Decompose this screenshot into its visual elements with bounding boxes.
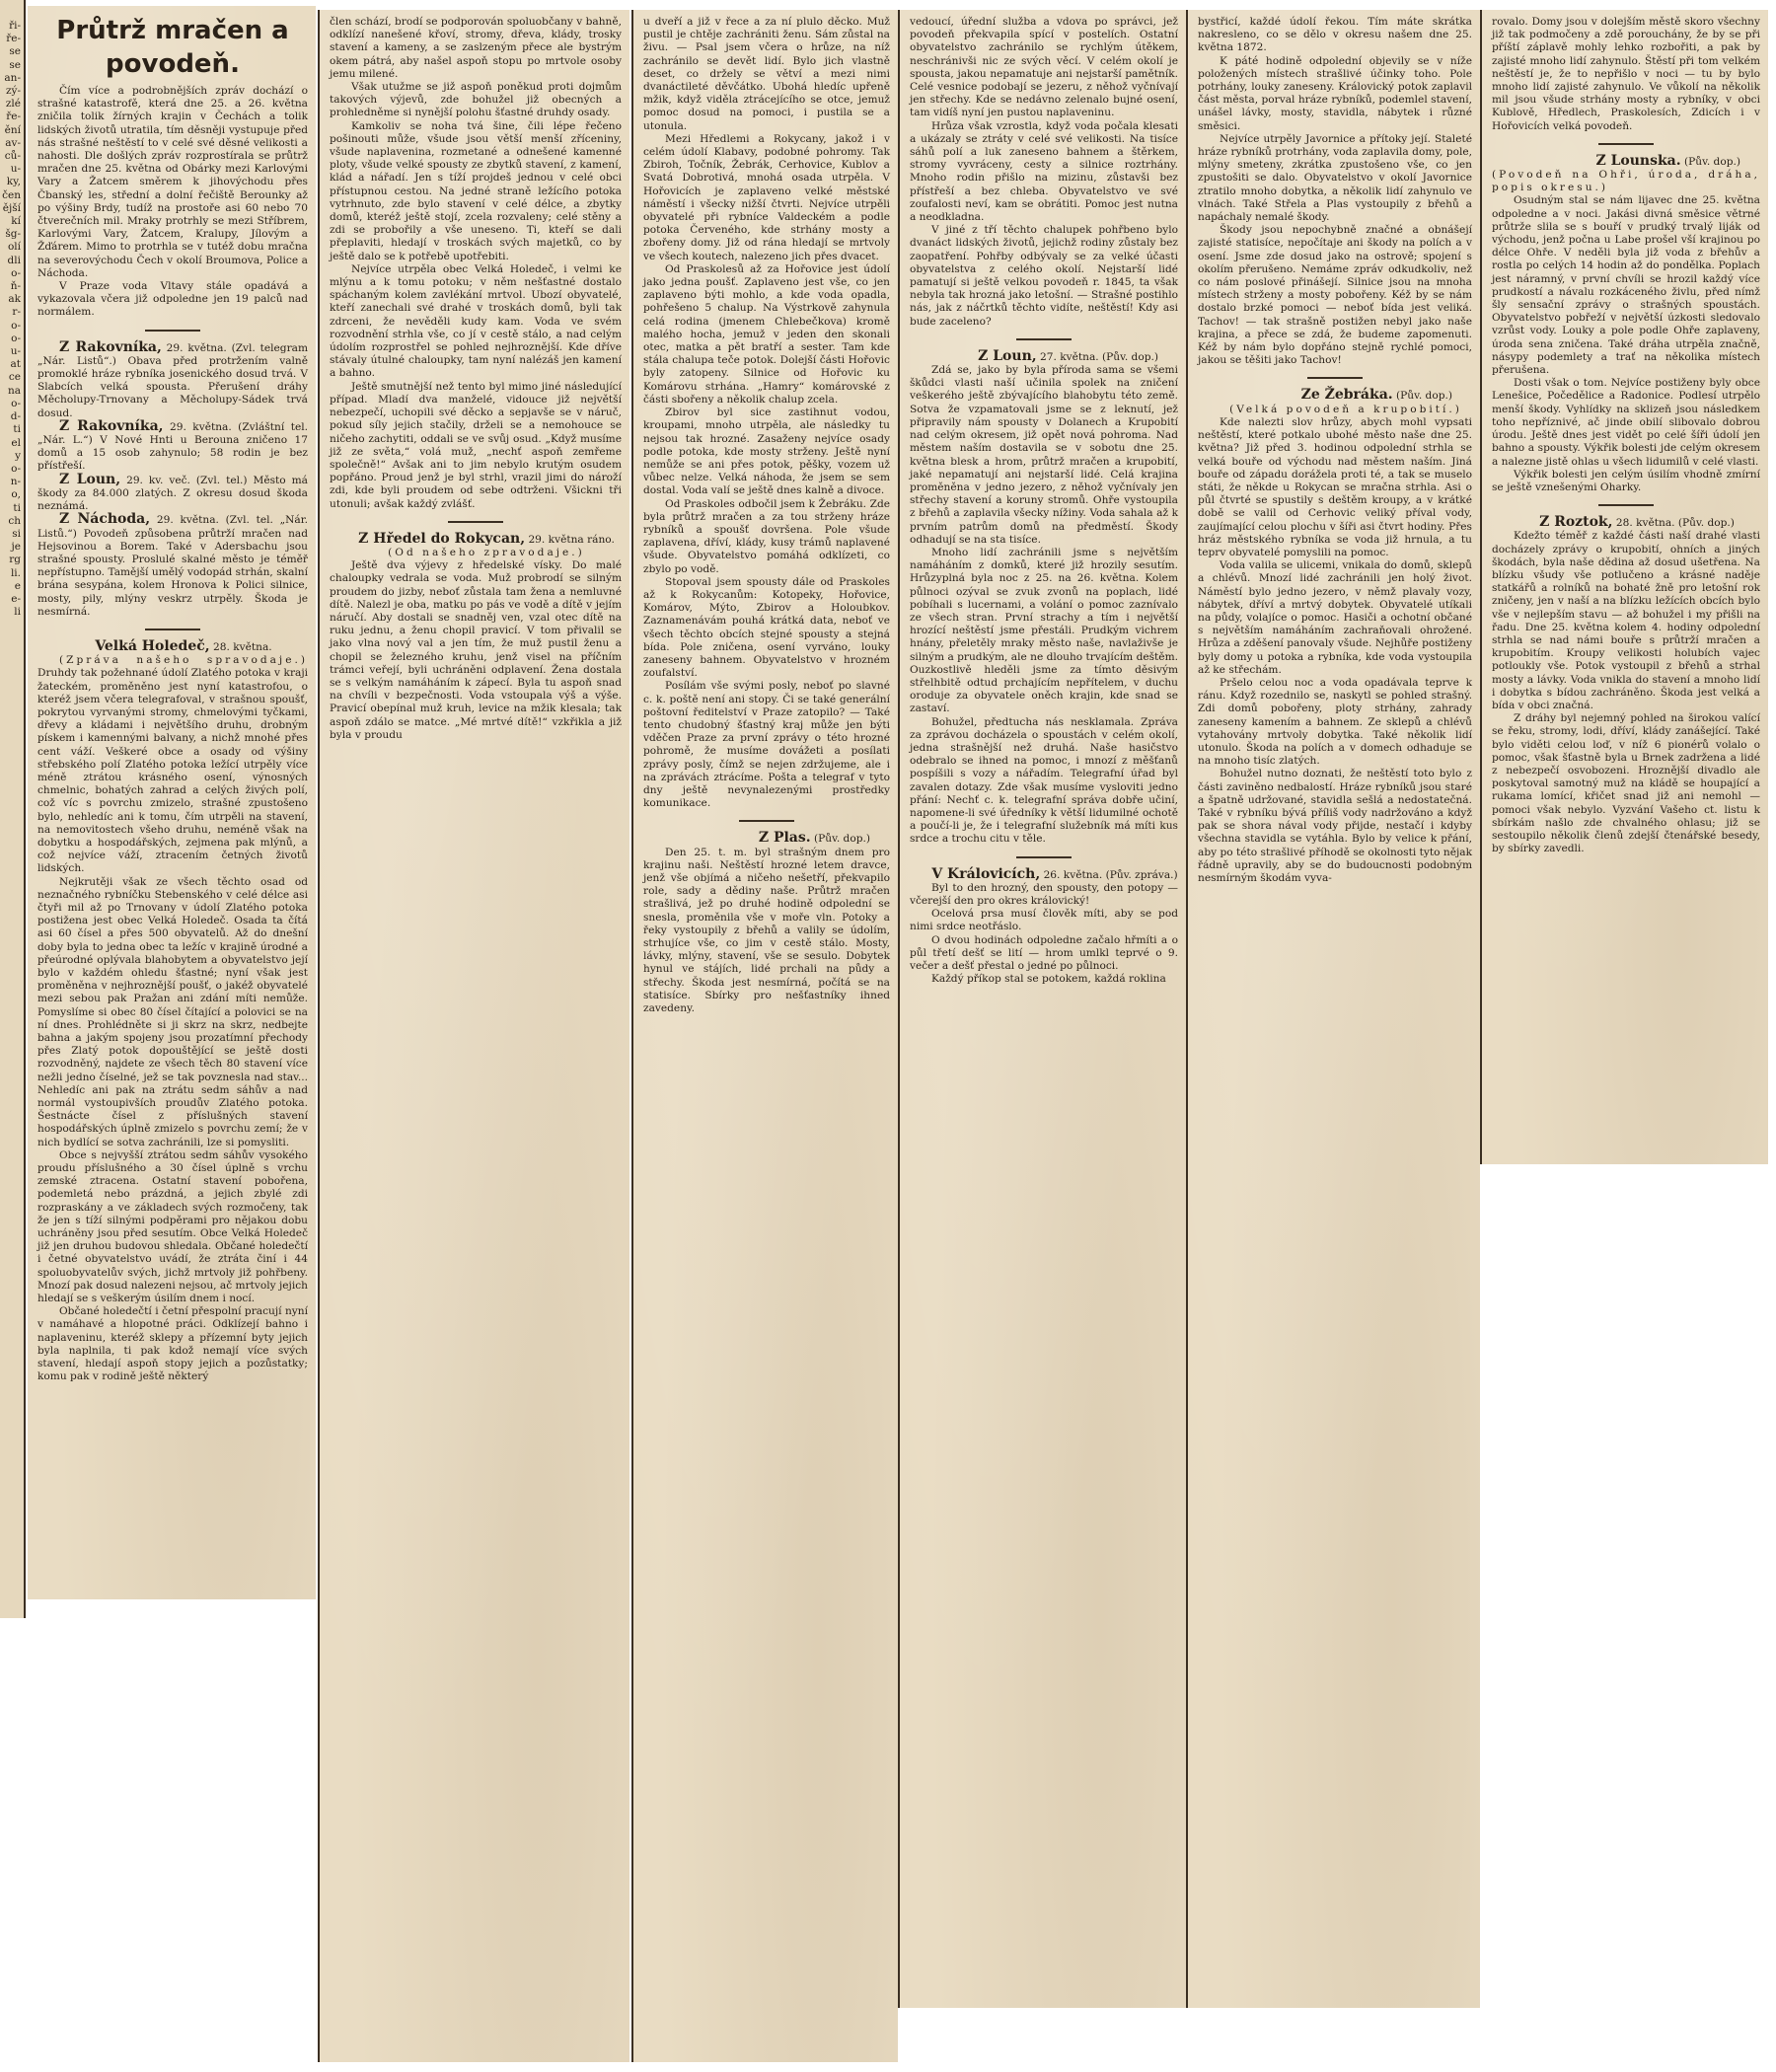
zebrak-paragraph-4: Bohužel nutno doznati, že neštěstí toto … bbox=[1198, 768, 1472, 885]
kralovice-paragraph-3: O dvou hodinách odpoledne začalo hřmíti … bbox=[910, 934, 1178, 974]
col3-paragraph-5: Od Praskoles odbočil jsem k Žebráku. Zde… bbox=[643, 498, 890, 576]
section-head-roztoky: Z Roztok, 28. května. (Pův. dop.) bbox=[1492, 516, 1760, 530]
report-rakovnik-1: Z Rakovníka, 29. května. (Zvl. telegram … bbox=[37, 341, 308, 420]
louny-paragraph-1: Zdá se, jako by byla příroda sama se vše… bbox=[910, 364, 1178, 547]
section-head-hredle: Z Hředel do Rokycan, 29. května ráno. bbox=[330, 533, 622, 547]
holedec-paragraph-4: Občané holedečtí i četní přespolní pracu… bbox=[37, 1305, 308, 1383]
holedec-paragraph-2: Nejkrutěji však ze všech těchto osad od … bbox=[37, 876, 308, 1149]
lounsko-paragraph-1: Osudným stal se nám lijavec dne 25. květ… bbox=[1492, 194, 1760, 377]
separator-rule bbox=[1307, 377, 1363, 379]
separator-rule bbox=[448, 521, 503, 523]
holedec-paragraph-3: Obce s nejvyšší ztrátou sedm sáhův vysok… bbox=[37, 1149, 308, 1305]
separator-rule bbox=[1598, 143, 1654, 145]
column-6: rovalo. Domy jsou v dolejším městě skoro… bbox=[1480, 10, 1768, 1164]
adjacent-column-fragment: ři- ře- se se an- zý- zlé ře- ění av- ců… bbox=[0, 0, 26, 1618]
col4-paragraph-1: vedoucí, úřední služba a vdova po správc… bbox=[910, 16, 1178, 120]
section-head-plasy: Z Plas. (Pův. dop.) bbox=[643, 832, 890, 846]
col4-paragraph-3: V jiné z tří těchto chalupek pohřbeno by… bbox=[910, 224, 1178, 329]
col2-paragraph-1: člen schází, brodí se podporován spoluob… bbox=[330, 16, 622, 81]
column-2: člen schází, brodí se podporován spoluob… bbox=[318, 10, 629, 2062]
report-rakovnik-2: Z Rakovníka, 29. května. (Zvláštní tel. … bbox=[37, 420, 308, 474]
section-head-kralovice: V Královicích, 26. května. (Pův. zpráva.… bbox=[910, 868, 1178, 882]
column-1: Průtrž mračen a povodeň. Čím více a podr… bbox=[28, 6, 316, 1599]
lounsko-paragraph-2: Dosti však o tom. Nejvíce postiženy byly… bbox=[1492, 377, 1760, 468]
kralovice-paragraph-2: Ocelová prsa musí člověk míti, aby se po… bbox=[910, 908, 1178, 933]
col3-paragraph-1: u dveří a již v řece a za ní plulo děcko… bbox=[643, 16, 890, 133]
col6-paragraph-1: rovalo. Domy jsou v dolejším městě skoro… bbox=[1492, 16, 1760, 133]
col3-paragraph-2: Mezi Hředlemi a Rokycany, jakož i v celé… bbox=[643, 133, 890, 263]
kralovice-paragraph-1: Byl to den hrozný, den spousty, den poto… bbox=[910, 882, 1178, 908]
plasy-paragraph: Den 25. t. m. byl strašným dnem pro kraj… bbox=[643, 847, 890, 1016]
section-head-lounsko: Z Lounska. (Pův. dop.) bbox=[1492, 155, 1760, 169]
hredle-paragraph: Ještě dva výjevy z hředelské vísky. Do m… bbox=[330, 559, 622, 742]
col5-paragraph-4: Škody jsou nepochybně značné a obnášejí … bbox=[1198, 224, 1472, 367]
lounsko-paragraph-3: Výkřik bolesti jen celým úsilím vhodně z… bbox=[1492, 469, 1760, 494]
column-3: u dveří a již v řece a za ní plulo děcko… bbox=[631, 10, 898, 2062]
louny-paragraph-2: Mnoho lidí zachránili jsme s největším n… bbox=[910, 547, 1178, 716]
report-nachod: Z Náchoda, 29. května. (Zvl. tel. „Nár. … bbox=[37, 513, 308, 619]
section-head-zebrak: Ze Žebráka. (Pův. dop.) bbox=[1198, 389, 1472, 403]
col2-paragraph-2: Však utužme se již aspoň poněkud proti d… bbox=[330, 81, 622, 120]
louny-paragraph-3: Bohužel, předtucha nás nesklamala. Zpráv… bbox=[910, 716, 1178, 847]
col5-paragraph-3: Nejvíce utrpěly Javornice a přítoky její… bbox=[1198, 133, 1472, 224]
zebrak-subtitle: (Velká povodeň a krupobití.) bbox=[1198, 404, 1472, 416]
hredle-subtitle: (Od našeho zpravodaje.) bbox=[330, 547, 622, 559]
separator-rule bbox=[1016, 338, 1072, 340]
report-louny: Z Loun, 29. kv. več. (Zvl. tel.) Město m… bbox=[37, 474, 308, 514]
col3-paragraph-6: Stopoval jsem spousty dále od Praskoles … bbox=[643, 576, 890, 681]
col2-paragraph-4: Nejvíce utrpěla obec Velká Holedeč, i ve… bbox=[330, 263, 622, 381]
col5-paragraph-2: K páté hodině odpolední objevily se v ní… bbox=[1198, 55, 1472, 133]
prague-paragraph: V Praze voda Vltavy stále opadává a vyka… bbox=[37, 280, 308, 320]
col4-paragraph-2: Hrůza však vzrostla, když voda počala kl… bbox=[910, 120, 1178, 225]
roztoky-paragraph-1: Kdežto téměř z každé části naší drahé vl… bbox=[1492, 530, 1760, 712]
separator-rule bbox=[1016, 856, 1072, 858]
column-4: vedoucí, úřední služba a vdova po správc… bbox=[898, 10, 1186, 2008]
lounsko-subtitle: (Povodeň na Ohři, úroda, dráha, popis ok… bbox=[1492, 169, 1760, 194]
col3-paragraph-7: Posílám vše svými posly, neboť po slavné… bbox=[643, 680, 890, 810]
zebrak-paragraph-3: Pršelo celou noc a voda opadávala teprve… bbox=[1198, 677, 1472, 768]
roztoky-paragraph-2: Z dráhy byl nejemný pohled na širokou va… bbox=[1492, 712, 1760, 855]
separator-rule bbox=[739, 820, 794, 822]
holedec-paragraph-1: (Zpráva našeho spravodaje.) Druhdy tak p… bbox=[37, 654, 308, 875]
separator-rule bbox=[145, 629, 200, 630]
column-5: bystřicí, každé údolí řekou. Tím máte sk… bbox=[1186, 10, 1480, 2008]
col3-paragraph-3: Od Praskolesů až za Hořovice jest údolí … bbox=[643, 263, 890, 407]
page-headline: Průtrž mračen a povodeň. bbox=[37, 14, 308, 81]
col2-paragraph-3: Kamkoliv se noha tvá šine, čili lépe řeč… bbox=[330, 120, 622, 263]
separator-rule bbox=[1598, 504, 1654, 506]
col2-paragraph-5: Ještě smutnější než tento byl mimo jiné … bbox=[330, 381, 622, 511]
zebrak-paragraph-1: Kde nalezti slov hrůzy, abych mohl vypsa… bbox=[1198, 416, 1472, 559]
separator-rule bbox=[145, 330, 200, 332]
section-head-holedec: Velká Holedeč, 28. května. bbox=[37, 640, 308, 654]
zebrak-paragraph-2: Voda valila se ulicemi, vnikala do domů,… bbox=[1198, 559, 1472, 677]
section-head-louny: Z Loun, 27. května. (Pův. dop.) bbox=[910, 350, 1178, 364]
col3-paragraph-4: Zbirov byl sice zastihnut vodou, kroupam… bbox=[643, 407, 890, 497]
col5-paragraph-1: bystřicí, každé údolí řekou. Tím máte sk… bbox=[1198, 16, 1472, 55]
intro-paragraph: Čím více a podrobnějších zpráv dochází o… bbox=[37, 85, 308, 280]
kralovice-paragraph-4: Každý příkop stal se potokem, každá rokl… bbox=[910, 973, 1178, 986]
